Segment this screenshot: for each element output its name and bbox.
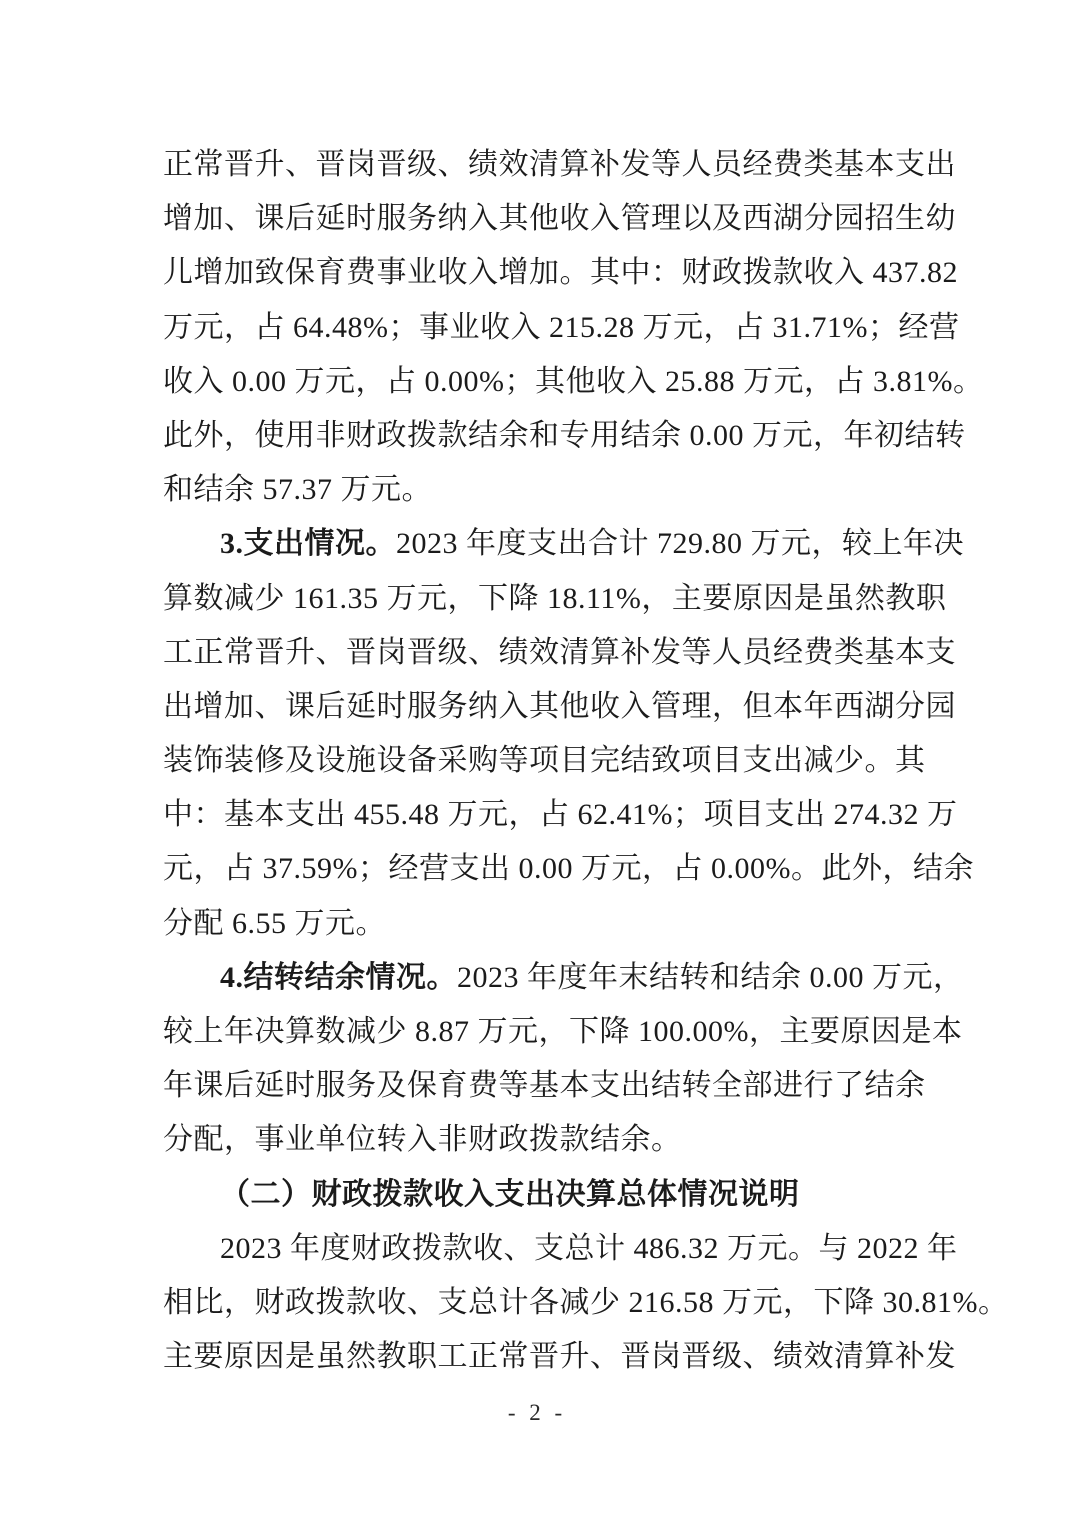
text-run: 此外，使用非财政拨款结余和专用结余 0.00 万元，年初结转 — [163, 419, 966, 452]
text-run: 2023 年度年末结转和结余 0.00 万元， — [457, 961, 964, 994]
page-number: - 2 - — [0, 1398, 1074, 1428]
inline-heading: 3.支出情况。 — [220, 527, 396, 560]
text-line: 儿增加致保育费事业收入增加。其中：财政拨款收入 437.82 — [163, 246, 910, 300]
document-body: 正常晋升、晋岗晋级、绩效清算补发等人员经费类基本支出 增加、课后延时服务纳入其他… — [163, 138, 910, 1384]
text-line: 元，占 37.59%；经营支出 0.00 万元，占 0.00%。此外，结余 — [163, 842, 910, 896]
para-carryover-first-line: 4.结转结余情况。2023 年度年末结转和结余 0.00 万元， — [163, 951, 910, 1005]
text-run: 增加、课后延时服务纳入其他收入管理以及西湖分园招生幼 — [163, 202, 956, 235]
section-heading: （二）财政拨款收入支出决算总体情况说明 — [220, 1178, 800, 1211]
text-run: 2023 年度支出合计 729.80 万元，较上年决 — [396, 527, 964, 560]
inline-heading: 4.结转结余情况。 — [220, 961, 457, 994]
text-run: 年课后延时服务及保育费等基本支出结转全部进行了结余 — [163, 1069, 926, 1102]
text-line: 主要原因是虽然教职工正常晋升、晋岗晋级、绩效清算补发 — [163, 1330, 910, 1384]
text-line: 分配，事业单位转入非财政拨款结余。 — [163, 1113, 910, 1167]
text-line: 正常晋升、晋岗晋级、绩效清算补发等人员经费类基本支出 — [163, 138, 910, 192]
text-run: 元，占 37.59%；经营支出 0.00 万元，占 0.00%。此外，结余 — [163, 852, 974, 885]
text-line: 分配 6.55 万元。 — [163, 897, 910, 951]
text-line: 装饰装修及设施设备采购等项目完结致项目支出减少。其 — [163, 734, 910, 788]
text-line: 出增加、课后延时服务纳入其他收入管理，但本年西湖分园 — [163, 680, 910, 734]
text-run: 正常晋升、晋岗晋级、绩效清算补发等人员经费类基本支出 — [163, 148, 956, 181]
text-run: 主要原因是虽然教职工正常晋升、晋岗晋级、绩效清算补发 — [163, 1340, 956, 1373]
text-run: 收入 0.00 万元，占 0.00%；其他收入 25.88 万元，占 3.81%… — [163, 365, 983, 398]
text-line: 年课后延时服务及保育费等基本支出结转全部进行了结余 — [163, 1059, 910, 1113]
para-fiscal-first-line: 2023 年度财政拨款收、支总计 486.32 万元。与 2022 年 — [163, 1222, 910, 1276]
text-run: 工正常晋升、晋岗晋级、绩效清算补发等人员经费类基本支 — [163, 636, 956, 669]
text-line: 增加、课后延时服务纳入其他收入管理以及西湖分园招生幼 — [163, 192, 910, 246]
text-run: 分配，事业单位转入非财政拨款结余。 — [163, 1123, 682, 1156]
text-run: 2023 年度财政拨款收、支总计 486.32 万元。与 2022 年 — [220, 1232, 958, 1265]
text-run: 万元，占 64.48%；事业收入 215.28 万元，占 31.71%；经营 — [163, 311, 959, 344]
text-run: 出增加、课后延时服务纳入其他收入管理，但本年西湖分园 — [163, 690, 956, 723]
text-run: 装饰装修及设施设备采购等项目完结致项目支出减少。其 — [163, 744, 926, 777]
text-run: 中：基本支出 455.48 万元，占 62.41%；项目支出 274.32 万 — [163, 798, 958, 831]
text-line: 中：基本支出 455.48 万元，占 62.41%；项目支出 274.32 万 — [163, 788, 910, 842]
text-line: 收入 0.00 万元，占 0.00%；其他收入 25.88 万元，占 3.81%… — [163, 355, 910, 409]
section-heading-line: （二）财政拨款收入支出决算总体情况说明 — [163, 1168, 910, 1222]
text-run: 相比，财政拨款收、支总计各减少 216.58 万元，下降 30.81%。 — [163, 1286, 1009, 1319]
text-line: 万元，占 64.48%；事业收入 215.28 万元，占 31.71%；经营 — [163, 301, 910, 355]
document-page: 正常晋升、晋岗晋级、绩效清算补发等人员经费类基本支出 增加、课后延时服务纳入其他… — [0, 0, 1074, 1520]
text-line: 算数减少 161.35 万元，下降 18.11%，主要原因是虽然教职 — [163, 572, 910, 626]
text-run: 算数减少 161.35 万元，下降 18.11%，主要原因是虽然教职 — [163, 582, 946, 615]
text-line: 和结余 57.37 万元。 — [163, 463, 910, 517]
para-expenditure-first-line: 3.支出情况。2023 年度支出合计 729.80 万元，较上年决 — [163, 517, 910, 571]
text-run: 儿增加致保育费事业收入增加。其中：财政拨款收入 437.82 — [163, 256, 958, 289]
text-line: 较上年决算数减少 8.87 万元，下降 100.00%，主要原因是本 — [163, 1005, 910, 1059]
text-run: 和结余 57.37 万元。 — [163, 473, 432, 506]
text-run: 分配 6.55 万元。 — [163, 907, 386, 940]
text-line: 工正常晋升、晋岗晋级、绩效清算补发等人员经费类基本支 — [163, 626, 910, 680]
text-line: 此外，使用非财政拨款结余和专用结余 0.00 万元，年初结转 — [163, 409, 910, 463]
text-line: 相比，财政拨款收、支总计各减少 216.58 万元，下降 30.81%。 — [163, 1276, 910, 1330]
text-run: 较上年决算数减少 8.87 万元，下降 100.00%，主要原因是本 — [163, 1015, 963, 1048]
